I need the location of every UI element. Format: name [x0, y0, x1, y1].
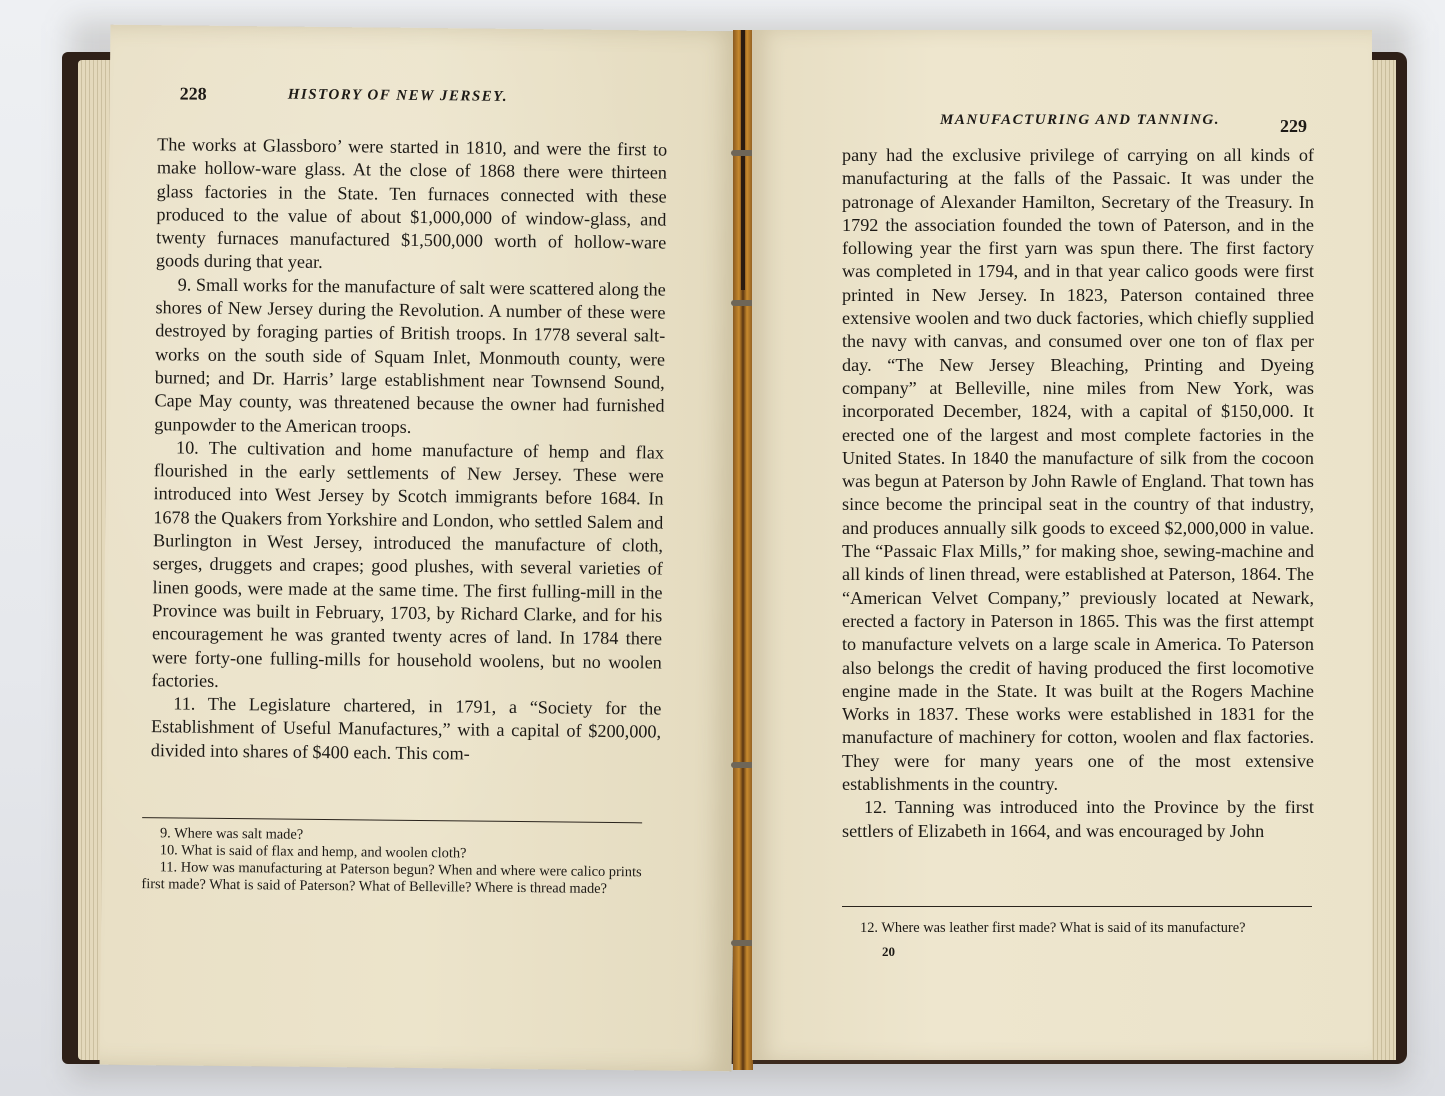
question: 12. Where was leather first made? What i…	[842, 920, 1314, 937]
footnote-divider	[142, 817, 642, 823]
question: 11. How was manufacturing at Paterson be…	[141, 859, 641, 898]
left-page: 228 HISTORY OF NEW JERSEY. The works at …	[100, 25, 743, 1072]
page-number: 228	[180, 83, 207, 104]
study-questions: 9. Where was salt made? 10. What is said…	[141, 825, 642, 898]
paragraph: 11. The Legislature chartered, in 1791, …	[151, 692, 662, 767]
paragraph: 12. Tanning was introduced into the Prov…	[842, 796, 1314, 843]
page-stack-right	[1370, 60, 1396, 1060]
paragraph: 10. The cultivation and home manufacture…	[151, 436, 664, 698]
study-questions: 12. Where was leather first made? What i…	[842, 920, 1314, 937]
page-number: 229	[1280, 116, 1307, 137]
paragraph: The works at Glassboro’ were started in …	[156, 133, 667, 278]
running-head: HISTORY OF NEW JERSEY.	[288, 87, 508, 106]
page-body: pany had the exclusive privilege of carr…	[842, 144, 1314, 843]
running-head: MANUFACTURING AND TANNING.	[940, 112, 1220, 129]
spine-gutter	[741, 30, 745, 290]
signature-mark: 20	[882, 944, 895, 960]
footnote-divider	[842, 906, 1312, 907]
paragraph: pany had the exclusive privilege of carr…	[842, 144, 1314, 796]
page-body: The works at Glassboro’ were started in …	[151, 133, 668, 767]
paragraph: 9. Small works for the manufacture of sa…	[154, 273, 666, 441]
right-page: MANUFACTURING AND TANNING. 229 pany had …	[752, 30, 1372, 1060]
